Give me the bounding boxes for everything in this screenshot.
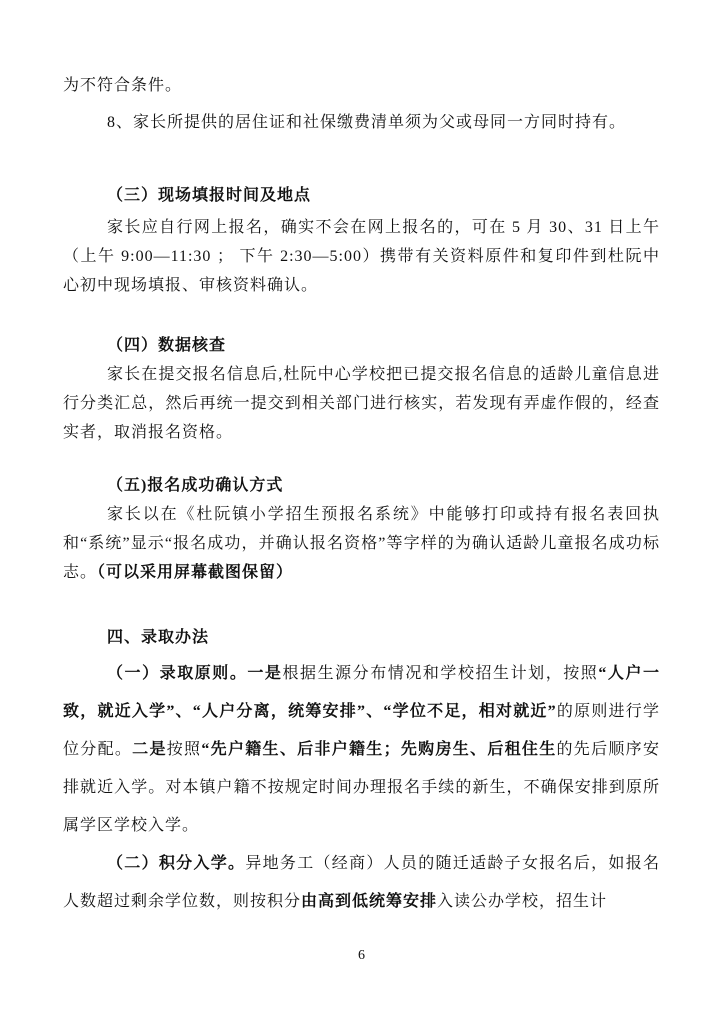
emphasis-text: 四、录取办法 — [107, 629, 209, 646]
body-text: 家长应自行网上报名，确实不会在网上报名的，可在 5 月 30、31 日上午（上午… — [63, 219, 660, 294]
page-number: 6 — [63, 947, 660, 965]
body-text: 8、家长所提供的居住证和社保缴费清单须为父或母同一方同时持有。 — [107, 114, 626, 131]
list-item: 8、家长所提供的居住证和社保缴费清单须为父或母同一方同时持有。 — [63, 108, 660, 137]
paragraph: 为不符合条件。 — [63, 71, 660, 100]
paragraph: 家长以在《杜阮镇小学招生预报名系统》中能够打印或持有报名表回执和“系统”显示“报… — [63, 500, 660, 587]
section-heading: （三）现场填报时间及地点 — [63, 181, 660, 210]
body-text: 入读公办学校，招生计 — [437, 893, 607, 910]
paragraph: （二）积分入学。异地务工（经商）人员的随迁适龄子女报名后，如报名人数超过剩余学位… — [63, 845, 660, 921]
emphasis-text: （四）数据核查 — [107, 337, 226, 354]
emphasis-text: 二是 — [132, 741, 167, 758]
body-text: 根据生源分布情况和学校招生计划，按照 — [282, 665, 598, 682]
emphasis-text: （五)报名成功确认方式 — [107, 477, 283, 494]
emphasis-text: （可以采用屏幕截图保留） — [97, 564, 293, 581]
emphasis-text: 由高到低统筹安排 — [301, 893, 437, 910]
paragraph: 家长在提交报名信息后,杜阮中心学校把已提交报名信息的适龄儿童信息进行分类汇总，然… — [63, 360, 660, 447]
body-text: 家长在提交报名信息后,杜阮中心学校把已提交报名信息的适龄儿童信息进行分类汇总，然… — [63, 366, 660, 441]
emphasis-text: （二）积分入学。 — [107, 855, 245, 872]
emphasis-text: （一）录取原则。一是 — [107, 665, 282, 682]
paragraph: （一）录取原则。一是根据生源分布情况和学校招生计划，按照“人户一致，就近入学”、… — [63, 655, 660, 845]
document-page: 为不符合条件。 8、家长所提供的居住证和社保缴费清单须为父或母同一方同时持有。 … — [0, 0, 724, 1024]
emphasis-text: （三）现场填报时间及地点 — [107, 187, 311, 204]
body-text: 按照 — [167, 741, 202, 758]
emphasis-text: “先户籍生、后非户籍生；先购房生、后租住生 — [201, 741, 556, 758]
chapter-heading: 四、录取办法 — [63, 623, 660, 652]
section-heading: （四）数据核查 — [63, 331, 660, 360]
paragraph: 家长应自行网上报名，确实不会在网上报名的，可在 5 月 30、31 日上午（上午… — [63, 213, 660, 300]
body-text: 为不符合条件。 — [63, 77, 182, 94]
section-heading: （五)报名成功确认方式 — [63, 471, 660, 500]
